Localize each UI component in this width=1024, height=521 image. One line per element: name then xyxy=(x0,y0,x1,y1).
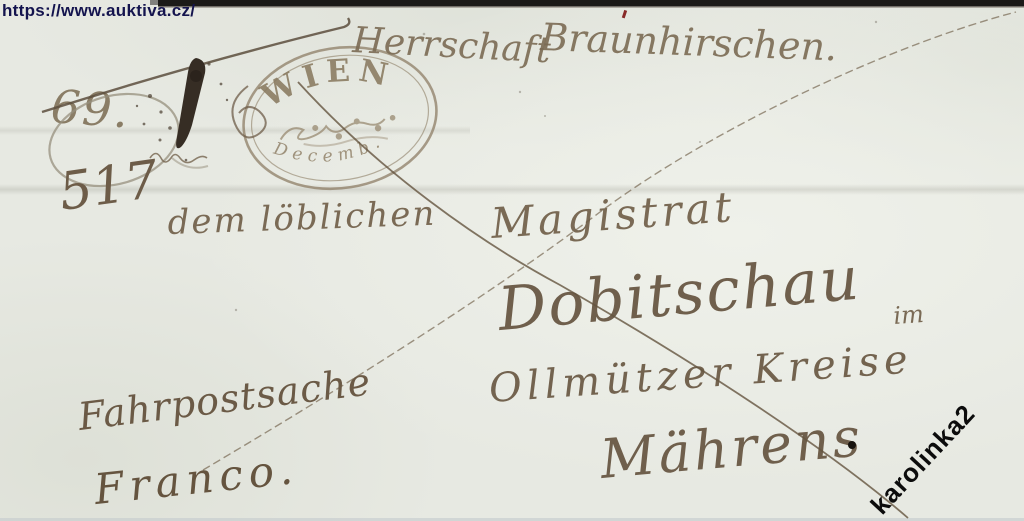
manuscript-sender-word-2: Braunhirschen. xyxy=(539,15,838,69)
address-destination-suffix: im xyxy=(892,300,924,330)
auction-url-watermark: https://www.auktiva.cz/ xyxy=(2,1,195,20)
ink-blot xyxy=(136,58,228,161)
ink-dot xyxy=(848,441,856,449)
letter-scan: https://www.auktiva.cz/ WIEN Decemb. xyxy=(0,0,1024,521)
address-region: Mährens xyxy=(597,405,866,491)
pen-squiggle xyxy=(150,154,207,163)
manuscript-weight-note: 517 xyxy=(55,150,163,223)
scan-overlay: https://www.auktiva.cz/ WIEN Decemb. xyxy=(0,0,1024,521)
scan-top-edge xyxy=(150,0,1024,8)
address-destination: Dobitschau xyxy=(494,244,863,345)
manuscript-franking-note: Franco. xyxy=(91,444,301,514)
seller-watermark: karolinka2 xyxy=(864,398,980,520)
address-salutation: dem löblichen xyxy=(167,194,437,243)
address-district: Ollmützer Kreise xyxy=(487,336,914,411)
manuscript-service-note: Fahrpostsache xyxy=(75,359,374,439)
